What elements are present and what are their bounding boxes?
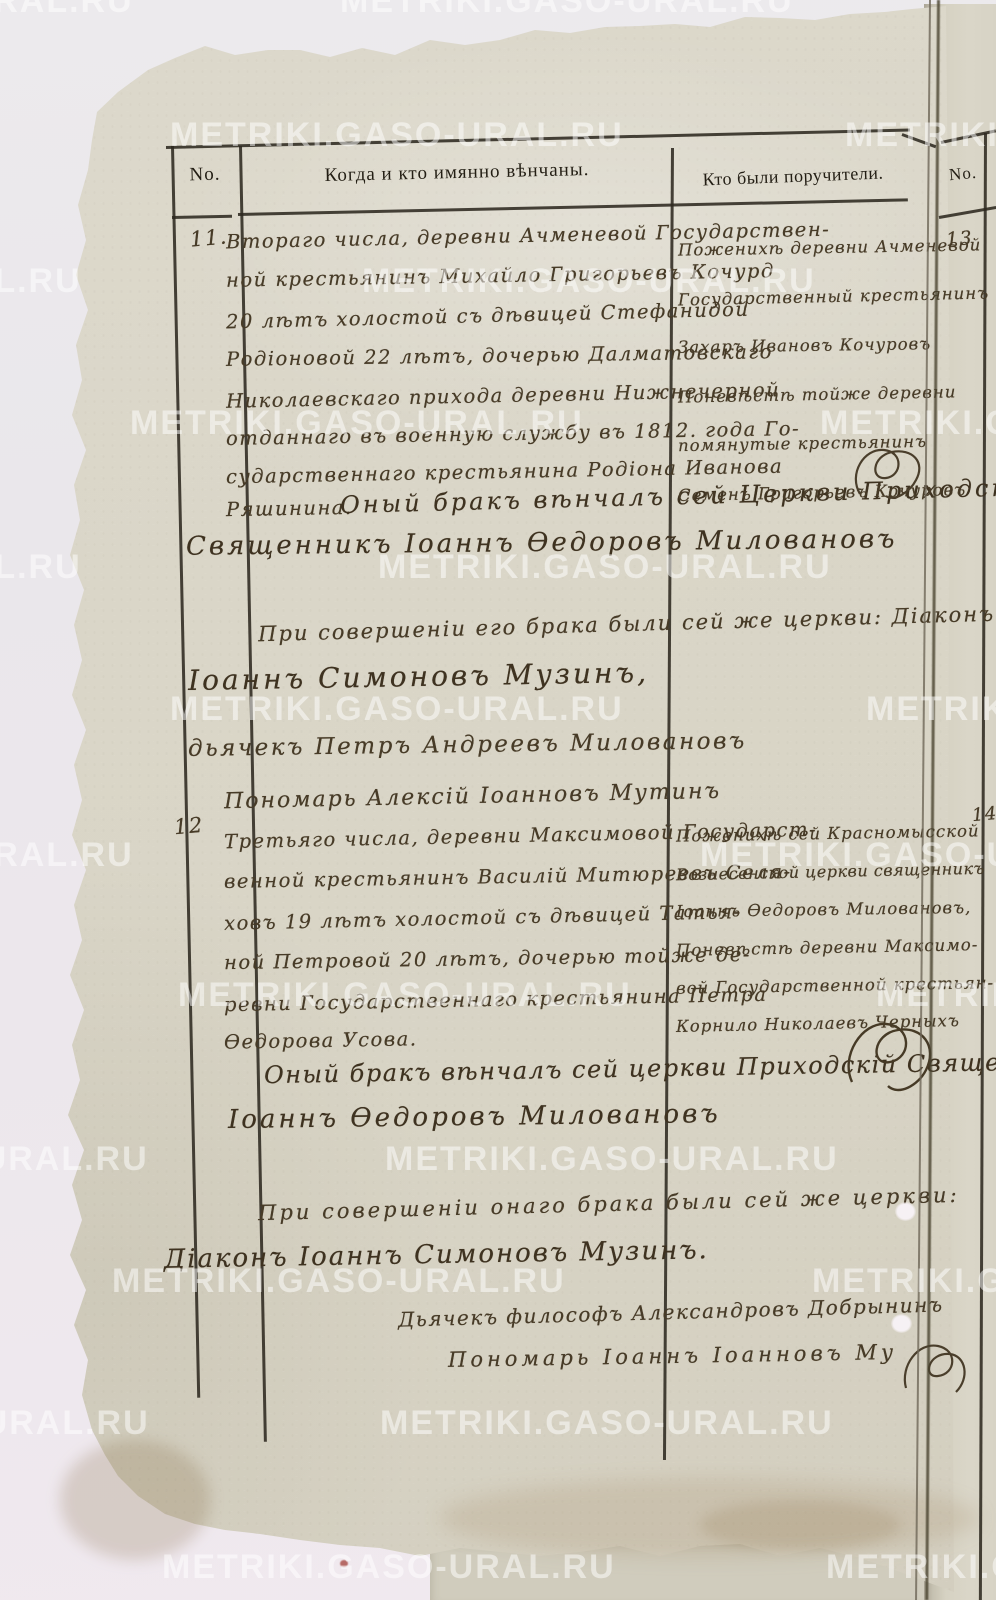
- entry-number: 12: [173, 813, 205, 840]
- watermark-text: METRIKI.GASO-URAL.RU: [0, 0, 134, 21]
- hole-punch: [891, 1314, 912, 1333]
- archival-scan: No. Когда и кто имянно вѣнчаны. Кто были…: [0, 0, 996, 1600]
- pen-flourish-icon: [846, 436, 932, 512]
- watermark-text: METRIKI.GASO-URAL.RU: [0, 262, 82, 301]
- next-page-header-no: No.: [939, 162, 987, 186]
- pen-flourish-icon: [898, 1334, 972, 1406]
- watermark-text: METRIKI.GASO-URAL.RU: [0, 548, 82, 587]
- record-line: Ѳедорова Усова.: [224, 1027, 418, 1053]
- red-speck: [340, 1560, 348, 1567]
- hole-punch: [895, 1202, 916, 1221]
- watermark-text: METRIKI.GASO-URAL.RU: [340, 0, 794, 21]
- next-page-entry-number: 14: [971, 803, 996, 826]
- wedding-note-line: Іоаннъ Ѳедоровъ Миловановъ: [228, 1099, 721, 1135]
- entry-number: 11.: [189, 224, 229, 251]
- record-line: Ряшинина.: [226, 496, 353, 521]
- next-page-entry-number: 13: [945, 227, 974, 251]
- witness-line: Захаръ Ивановъ Кочуровъ: [678, 334, 931, 357]
- pen-flourish-icon: [842, 1012, 940, 1104]
- header-no: No.: [170, 163, 241, 187]
